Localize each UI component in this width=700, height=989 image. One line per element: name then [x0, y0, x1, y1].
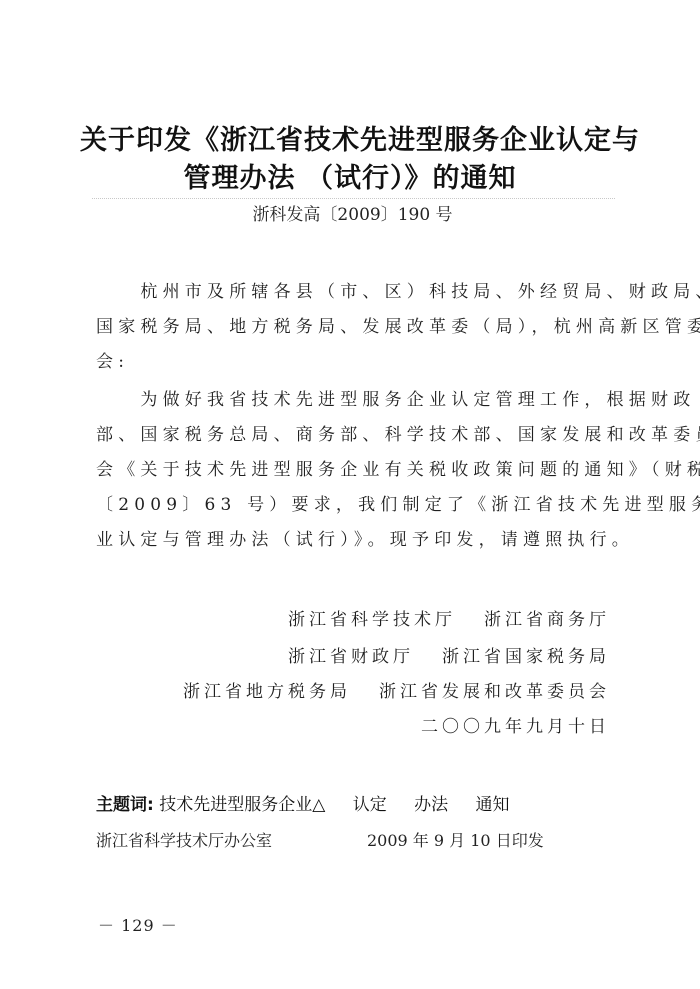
keywords-row: 主题词: 技术先进型服务企业△ 认定 办法 通知	[96, 793, 532, 817]
body-paragraph-line: 会《关于技术先进型服务企业有关税收政策问题的通知》（财税	[96, 458, 612, 482]
signatory: 浙江省商务厅	[484, 610, 610, 630]
addressee-line: 会:	[96, 350, 612, 374]
issue-date: 二〇〇九年九月十日	[421, 715, 610, 739]
signatory: 浙江省发展和改革委员会	[379, 682, 610, 702]
keyword: 办法	[414, 795, 448, 815]
signatory-row: 浙江省科学技术厅浙江省商务厅	[288, 608, 610, 632]
signatory-row: 浙江省地方税务局浙江省发展和改革委员会	[183, 680, 610, 704]
signatory: 浙江省地方税务局	[183, 682, 351, 702]
body-paragraph-line: 〔2009〕63 号）要求，我们制定了《浙江省技术先进型服务企	[96, 493, 612, 517]
issuing-office: 浙江省科学技术厅办公室	[96, 829, 272, 853]
signatory-row: 浙江省财政厅浙江省国家税务局	[288, 645, 610, 669]
body-paragraph-line: 部、国家税务总局、商务部、科学技术部、国家发展和改革委员	[96, 423, 612, 447]
signatory: 浙江省财政厅	[288, 647, 414, 667]
document-title-line-2: 管理办法 （试行）》的通知	[80, 160, 620, 198]
document-page: 关于印发《浙江省技术先进型服务企业认定与 管理办法 （试行）》的通知 浙科发高〔…	[0, 0, 700, 989]
keyword: 通知	[476, 795, 510, 815]
signatory: 浙江省国家税务局	[442, 647, 610, 667]
body-paragraph-line: 业认定与管理办法（试行）》。现予印发，请遵照执行。	[96, 528, 612, 552]
page-number: － 129 －	[98, 914, 178, 938]
print-date: 2009 年 9 月 10 日印发	[367, 829, 544, 853]
addressee-line: 杭州市及所辖各县（市、区）科技局、外经贸局、财政局、	[96, 280, 612, 304]
body-paragraph-line: 为做好我省技术先进型服务企业认定管理工作，根据财政	[96, 388, 612, 412]
keyword: 技术先进型服务企业△	[159, 795, 325, 815]
signatory: 浙江省科学技术厅	[288, 610, 456, 630]
title-divider	[92, 198, 615, 199]
document-number: 浙科发高〔2009〕190 号	[80, 202, 625, 228]
addressee-line: 国家税务局、地方税务局、发展改革委（局），杭州高新区管委	[96, 315, 612, 339]
keyword: 认定	[353, 795, 387, 815]
document-title-line-1: 关于印发《浙江省技术先进型服务企业认定与	[80, 122, 620, 160]
keywords-label: 主题词:	[96, 795, 154, 815]
